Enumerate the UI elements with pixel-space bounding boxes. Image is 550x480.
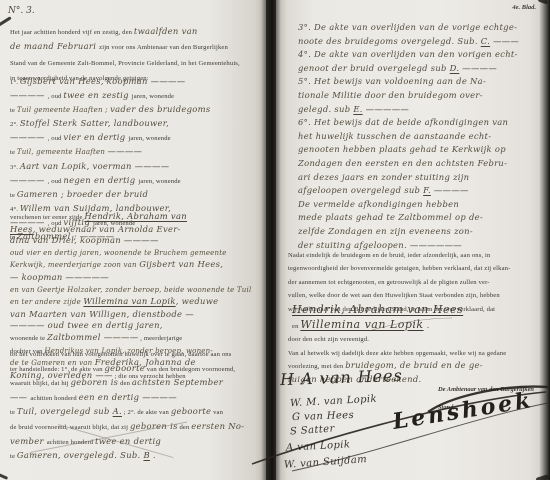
text-line: door den echt zijn vereenigd. [288,332,544,346]
text-line: tionale Militie door den bruidegom over- [298,88,544,102]
handwritten-text: van Maarten van Willigen, dienstbode — [10,309,194,319]
text-line: van Maarten van Willigen, dienstbode — [10,308,262,320]
handwritten-text: genooten hebben plaats gehad te Kerkwijk… [298,144,506,154]
handwritten-text: Hees [10,224,33,234]
handwritten-text: geboren is [71,377,119,387]
witness-signature: G van Hees [292,410,354,423]
text-line: ter handstellende: 1°. de akte van geboo… [10,361,262,376]
handwritten-text: ———— [459,63,497,73]
handwritten-text: Willemina van Lopik [83,296,175,306]
text-line: —— achttien honderd een en dertig ———— [10,390,262,405]
handwritten-text: oud vier en dertig jaren, woonende te Br… [10,249,227,257]
printed-text: ter handstellende: 1°. de akte van [10,366,105,373]
printed-text: 3°. [10,164,20,171]
printed-text: Nadat eindelijk de bruidegom en de bruid… [288,252,490,259]
text-line: oud vier en dertig jaren, woonende te Br… [10,246,262,259]
text-line: Van al hetwelk wij dadelijk deze akte he… [288,346,544,360]
handwritten-text: vier en dertig [63,132,128,142]
text-line: genoot der bruid overgelegd sub D. ———— [298,61,544,75]
handwritten-text: eersten No- [191,421,244,431]
documents-paragraph: tot het voltrekken van hun voorgenomen h… [10,346,262,463]
record-number: N°. 3. [8,6,35,16]
handwritten-text: Willemina van Lopik [300,318,423,331]
text-line: en Willemina van Lopik . [292,317,542,334]
text-line: tegenwoordigheid der bovenvermelde getui… [288,261,544,274]
handwritten-text: zelfde Zondagen en zijn eveneens zon- [298,226,473,236]
printed-text: den [118,380,132,387]
handwritten-text: het huwelijk tusschen de aanstaande echt… [298,131,491,141]
printed-text: Van al hetwelk wij dadelijk deze akte he… [288,350,506,357]
witness-signature: W. van Suijdam [284,454,368,471]
handwritten-text: Hendrik, Abraham van Hees [292,303,463,316]
handwritten-text: ———— [10,90,48,100]
handwritten-text: ———— oud twee en dertig jaren, [10,320,163,330]
text-line: gelegd. sub E. ————— [298,102,544,116]
left-page: N°. 3. Het jaar achttien honderd vijf en… [0,0,266,480]
handwritten-text: ———— [10,175,48,185]
printed-text: te [10,149,17,156]
handwritten-text: Gameren ; broeder der bruid [17,189,148,199]
text-line: tot het voltrekken van hun voorgenomen h… [10,346,262,361]
handwritten-text: Zaltbommel ———— [47,332,138,342]
text-line: dina van Driel, koopman ———— [10,234,262,246]
text-line: ———— , oud vier en dertig jaren, wonende [10,130,262,144]
handwritten-text: Hendrik, Abraham van [84,211,187,221]
text-line: te Gameren ; broeder der bruid [10,187,262,201]
text-line: de maand Februari zijn voor ons Ambtenaa… [10,39,262,54]
handwritten-text: Gijsbert van Hees, [139,259,223,269]
handwritten-text: Tuil, overgelegd sub [17,406,113,416]
text-line: en ter andere zijde Willemina van Lopik,… [10,295,262,308]
handwritten-text: twee en zestig [63,90,131,100]
handwritten-text: vader des bruidegoms [110,104,210,114]
text-line: 4°. De akte van overlijden van den vorig… [298,47,544,61]
printed-text: te [10,409,17,416]
handwritten-text: en van Geertje Holzaker, zonder beroep, … [10,286,251,294]
text-line: ———— oud twee en dertig jaren, [10,319,262,331]
handwritten-text: dina van Driel, koopman ———— [10,235,159,245]
handwritten-text: de maand Februari [10,41,99,51]
handwritten-text: noote des bruidegoms overgelegd. Sub. [298,36,481,46]
text-line: 2°. Stoffel Sterk Satter, landbouwer, [10,116,262,130]
handwritten-text: A. [113,406,122,416]
printed-text: , oud [48,135,64,142]
handwritten-text: 6°. Het bewijs dat de beide afkondiginge… [298,117,508,127]
handwritten-text: ———— [108,146,143,156]
handwritten-text: , weduwe [176,296,219,306]
handwritten-text: ——— [490,36,519,46]
witness-signature: A van Lopik [286,439,351,453]
handwritten-text: achtsten September [132,377,223,387]
text-line: woonende te Zaltbommel ———— , meerderjar… [10,331,262,344]
handwritten-text: — koopman ————— [10,272,109,282]
text-line: en van Geertje Holzaker, zonder beroep, … [10,283,262,296]
text-line: Het jaar achttien honderd vijf en zestig… [10,24,262,39]
text-line: De vermelde afkondigingen hebben [298,197,544,211]
text-line: te Tuil, gemeente Haaften ———— [10,144,262,158]
printed-text: te [10,453,17,460]
handwritten-text: negen en dertig [63,175,138,185]
printed-text: achttien honderd [30,395,78,402]
handwritten-text: Zondagen den eersten en den achtsten Feb… [298,158,507,168]
printed-text: jaren, wonende [138,178,180,185]
handwritten-text: 3°. De akte van overlijden van de vorige… [298,22,517,32]
handwritten-text: twaalfden van [134,26,198,36]
handwritten-text: genoot der bruid overgelegd sub [298,63,450,73]
printed-text: woonende te [10,335,47,342]
binding-fold [261,0,281,480]
handwritten-text: ————— [363,104,409,114]
text-line: mede plaats gehad te Zaltbommel op de- [298,210,544,224]
handwritten-text: Gijsbert van Hees, koopman ———— [20,76,186,86]
handwritten-text: en ter andere zijde [10,298,83,306]
handwritten-text: De vermelde afkondigingen hebben [298,199,459,209]
text-line: Hees, weduwenaar van Arnolda Ever- [10,223,262,235]
printed-text: vullen, welke door de wet aan den Huweli… [288,292,500,299]
printed-text: ; 2°. de akte van [122,409,171,416]
handwritten-text: ari dezes jaars en zonder stuiting zijn [298,172,469,182]
text-line: Nadat eindelijk de bruidegom en de bruid… [288,248,544,261]
handwritten-text: ———— [10,132,48,142]
text-line: Kerkwijk, meerderjarige zoon van Gijsber… [10,258,262,271]
text-line: noote des bruidegoms overgelegd. Sub. C.… [298,34,544,48]
text-line: te Tuil gemeente Haaften ; vader des bru… [10,102,262,116]
printed-text: te [10,107,17,114]
printed-text: , oud [48,93,64,100]
printed-text: , meerderjarige [138,335,182,342]
handwritten-text: geboren is [130,421,178,431]
text-line: 3°. Aart van Lopik, voerman ———— [10,159,262,173]
text-line: waaruit blijkt, dat hij geboren is den a… [10,375,262,390]
text-line: ———— , oud negen en dertig jaren, wonend… [10,173,262,187]
text-line: Hendrik, Abraham van Hees [292,302,542,317]
printed-text: tegenwoordigheid der bovenvermelde getui… [288,265,510,272]
printed-text: door den echt zijn vereenigd. [288,336,369,343]
handwritten-text: , weduwenaar van Arnolda Ever- [33,224,181,234]
text-line: — koopman ————— [10,271,262,283]
printed-text: jaren, wonende [128,135,170,142]
handwritten-text: Stoffel Sterk Satter, landbouwer, [20,118,169,128]
handwritten-text: D. [450,63,460,73]
married-names: Hendrik, Abraham van Heesen Willemina va… [292,302,542,333]
text-line: 6°. Het bewijs dat de beide afkondiginge… [298,115,544,129]
sheet-label: 4e. Blad. [512,4,536,11]
printed-text: der aannemen tot echtgenooten, en getrou… [288,279,490,286]
text-line: vullen, welke door de wet aan den Huweli… [288,288,544,301]
text-line: ———— , oud twee en zestig jaren, wonende [10,88,262,102]
text-line: te Gameren, overgelegd. Sub. B . [10,448,262,463]
text-line: der aannemen tot echtgenooten, en getrou… [288,275,544,288]
printed-text: van [211,409,223,416]
printed-text: 1°. [10,79,20,86]
handwritten-text: gelegd. sub [298,104,353,114]
text-line: 1°. Gijsbert van Hees, koopman ———— [10,74,262,88]
handwritten-text: C. [481,36,490,46]
printed-text: den [178,424,192,431]
handwritten-text: F. [423,185,431,195]
handwritten-text: —— [10,392,30,402]
printed-text: waaruit blijkt, dat hij [10,380,71,387]
printed-text: 2°. [10,121,20,128]
page-edge-shadow [539,0,550,480]
text-line: het huwelijk tusschen de aanstaande echt… [298,129,544,143]
printed-text: tot het voltrekken van hun voorgenomen h… [10,351,231,358]
handwritten-text: 4°. De akte van overlijden van den vorig… [298,49,518,59]
text-line: Zondagen den eersten en den achtsten Feb… [298,156,544,170]
printed-text: te [10,192,17,199]
handwritten-text: E. [353,104,362,114]
document-scan: N°. 3. Het jaar achttien honderd vijf en… [0,0,550,480]
groom-signature: H A van Hees [280,366,403,389]
handwritten-text: mede plaats gehad te Zaltbommel op de- [298,212,483,222]
handwritten-text: Tuil, gemeente Haaften [17,148,108,156]
handwritten-text: . [424,320,430,330]
text-line: genooten hebben plaats gehad te Kerkwijk… [298,142,544,156]
handwritten-text: tionale Militie door den bruidegom over- [298,90,483,100]
text-line: zelfde Zondagen en zijn eveneens zon- [298,224,544,238]
text-line: afgeloopen overgelegd sub F. ———— [298,183,544,197]
handwritten-text: een en dertig ———— [79,392,177,402]
text-line: verschenen ter eener zijde Hendrik, Abra… [10,210,262,223]
printed-text: jaren, wonende [132,93,174,100]
handwritten-text: geboorte [105,363,146,373]
witness-signature: S Satter [290,423,335,437]
text-line: ari dezes jaars en zonder stuiting zijn [298,170,544,184]
handwritten-text: geboorte [171,406,212,416]
handwritten-text: Kerkwijk, meerderjarige zoon van [10,261,139,269]
handwritten-text: ———— [431,185,469,195]
text-line: te Tuil, overgelegd sub A. ; 2°. de akte… [10,404,262,419]
printed-text: Stand van de Gemeente Zalt-Bommel, Provi… [10,60,240,67]
printed-text: , oud [48,178,64,185]
handwritten-text: vember [10,436,47,446]
printed-text: van den bruidegom voornoemd, [145,366,235,373]
text-line: 3°. De akte van overlijden van de vorige… [298,20,544,34]
text-line: 5°. Het bewijs van voldoening aan de Na- [298,74,544,88]
exhibits-paragraph: 3°. De akte van overlijden van de vorige… [298,20,544,251]
printed-text: zijn voor ons Ambtenaar van den Burgerli… [99,44,228,51]
handwritten-text: 5°. Het bewijs van voldoening aan de Na- [298,76,486,86]
witness-signature: W. M. van Lopik [290,394,378,410]
handwritten-text: afgeloopen overgelegd sub [298,185,423,195]
handwritten-text: Tuil gemeente Haaften ; [17,106,110,114]
text-line: Stand van de Gemeente Zalt-Bommel, Provi… [10,55,262,70]
printed-text: Het jaar achttien honderd vijf en zestig… [10,29,134,36]
handwritten-text: Aart van Lopik, voerman ———— [20,161,170,171]
printed-text: verschenen ter eener zijde [10,214,84,221]
